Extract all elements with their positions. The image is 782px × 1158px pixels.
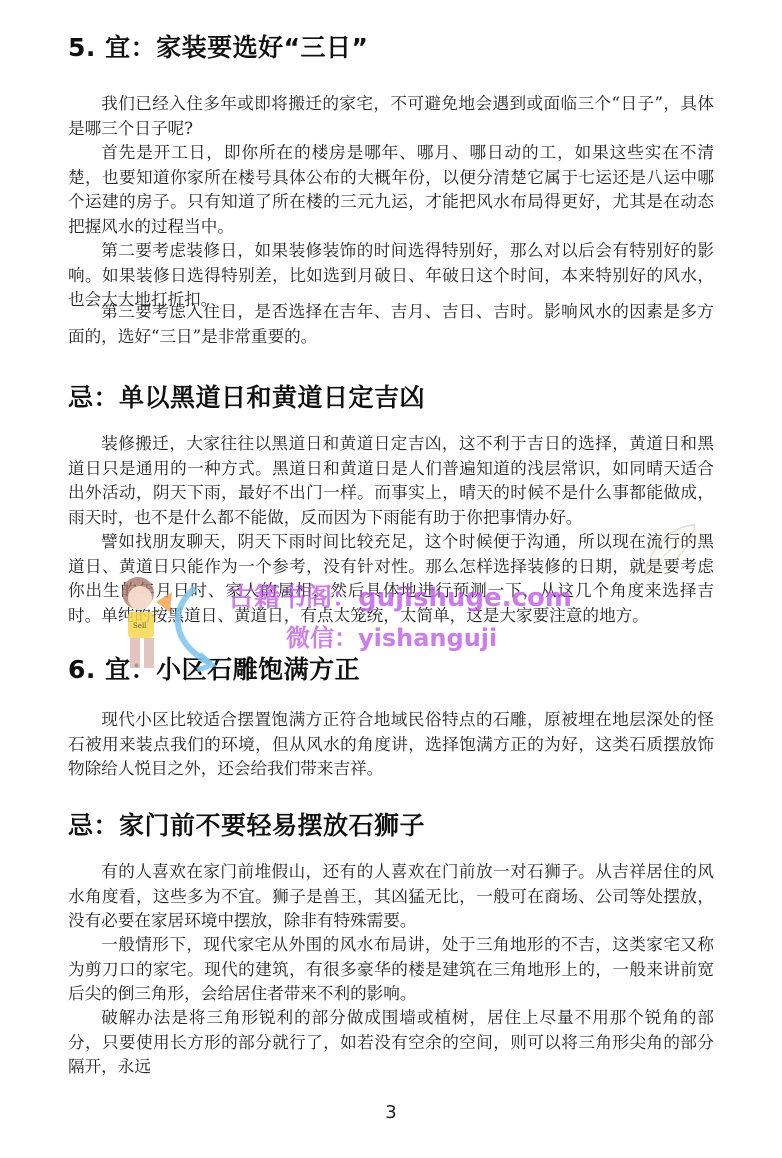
watermark-leaf-icon <box>640 520 700 580</box>
page-number: 3 <box>0 1102 782 1123</box>
paragraph: 现代小区比较适合摆置饱满方正符合地域民俗特点的石雕，原被埋在地层深处的怪石被用来… <box>68 708 714 782</box>
paragraph: 一般情形下，现代家宅从外围的风水布局讲，处于三角地形的不吉，这类家宅又称为剪刀口… <box>68 933 714 1007</box>
paragraph: 有的人喜欢在家门前堆假山，还有的人喜欢在门前放一对石狮子。从吉祥居住的风水角度看… <box>68 860 714 934</box>
svg-text:Sell: Sell <box>133 622 147 630</box>
watermark-wechat-text: 微信：yishanguji <box>286 618 497 653</box>
section-heading: 5. 宜：家装要选好“三日” <box>68 28 368 64</box>
paragraph: 第三要考虑入住日，是否选择在吉年、吉月、吉日、吉时。影响风水的因素是多方面的，选… <box>68 300 714 349</box>
paragraph: 我们已经入住多年或即将搬迁的家宅，不可避免地会遇到或面临三个“日子”，具体是哪三… <box>68 92 714 141</box>
paragraph: 装修搬迁，大家往往以黑道日和黄道日定吉凶，这不利于吉日的选择，黄道日和黑道日只是… <box>68 432 714 530</box>
watermark-site-text: 古籍书阁：gujishuge.com <box>228 577 572 614</box>
watermark-figure-icon: Sell <box>100 568 220 678</box>
paragraph: 首先是开工日，即你所在的楼房是哪年、哪月、哪日动的工，如果这些实在不清楚，也要知… <box>68 141 714 239</box>
section-heading: 忌：家门前不要轻易摆放石狮子 <box>68 806 425 842</box>
section-heading: 忌：单以黑道日和黄道日定吉凶 <box>68 378 425 414</box>
paragraph: 破解办法是将三角形锐利的部分做成围墙或植树，居住上尽量不用那个锐角的部分，只要使… <box>68 1006 714 1080</box>
